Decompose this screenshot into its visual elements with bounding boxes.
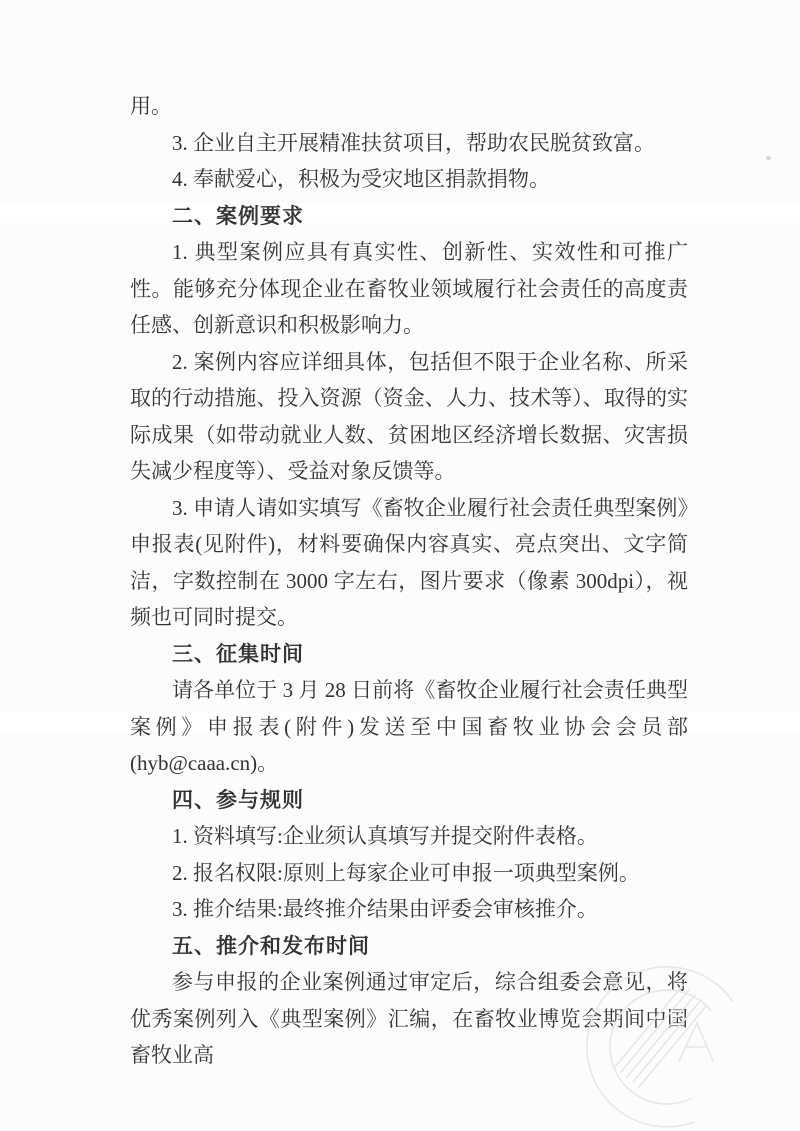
section-heading: 五、推介和发布时间 <box>130 928 688 965</box>
section-heading: 三、征集时间 <box>130 636 688 673</box>
paragraph: 请各单位于 3 月 28 日前将《畜牧企业履行社会责任典型案例》申报表(附件)发… <box>130 672 688 782</box>
paragraph: 3. 申请人请如实填写《畜牧企业履行社会责任典型案例》申报表(见附件)，材料要确… <box>130 490 688 636</box>
paragraph: 3. 推介结果:最终推介结果由评委会审核推介。 <box>130 891 688 928</box>
paragraph: 1. 典型案例应具有真实性、创新性、实效性和可推广性。能够充分体现企业在畜牧业领… <box>130 234 688 344</box>
paragraph: 3. 企业自主开展精准扶贫项目，帮助农民脱贫致富。 <box>130 125 688 162</box>
paragraph: 1. 资料填写:企业须认真填写并提交附件表格。 <box>130 818 688 855</box>
paragraph: 2. 案例内容应详细具体，包括但不限于企业名称、所采取的行动措施、投入资源（资金… <box>130 344 688 490</box>
scanned-document-page: 用。3. 企业自主开展精准扶贫项目，帮助农民脱贫致富。4. 奉献爱心，积极为受灾… <box>0 0 800 1131</box>
paragraph: 4. 奉献爱心，积极为受灾地区捐款捐物。 <box>130 161 688 198</box>
section-heading: 四、参与规则 <box>130 782 688 819</box>
scan-speck-artifact <box>766 156 771 160</box>
paragraph: 参与申报的企业案例通过审定后，综合组委会意见，将优秀案例列入《典型案例》汇编，在… <box>130 964 688 1074</box>
paragraph: 2. 报名权限:原则上每家企业可申报一项典型案例。 <box>130 855 688 892</box>
document-body: 用。3. 企业自主开展精准扶贫项目，帮助农民脱贫致富。4. 奉献爱心，积极为受灾… <box>130 88 688 1074</box>
section-heading: 二、案例要求 <box>130 198 688 235</box>
paragraph: 用。 <box>130 88 688 125</box>
